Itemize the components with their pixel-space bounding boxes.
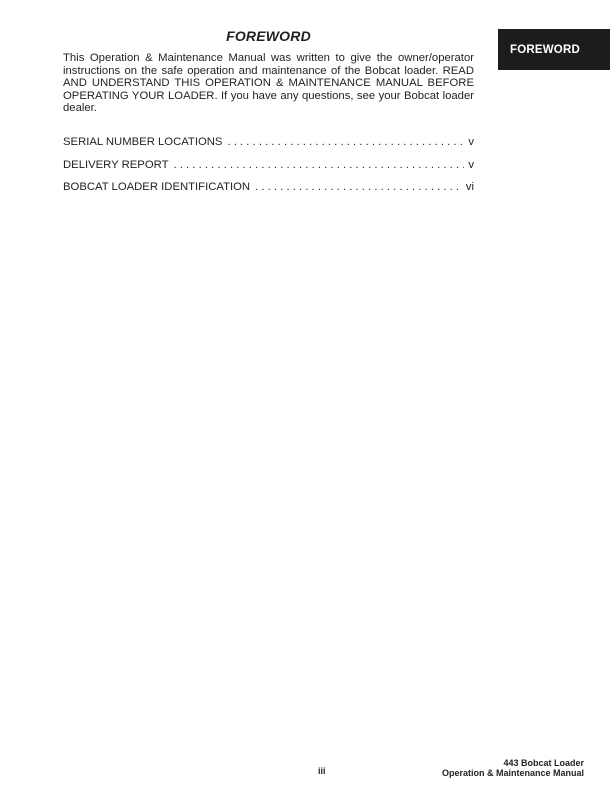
footer-page-number: iii — [318, 766, 326, 776]
dot-leader — [173, 158, 464, 172]
toc-entry-page: vi — [466, 180, 474, 194]
toc-entry-label: BOBCAT LOADER IDENTIFICATION — [63, 180, 250, 194]
toc-entry-page: v — [468, 158, 474, 172]
section-tab-label: FOREWORD — [510, 44, 580, 56]
section-tab: FOREWORD — [498, 29, 610, 70]
toc-entry-serial-number-locations[interactable]: SERIAL NUMBER LOCATIONS v — [63, 135, 474, 158]
page-title: FOREWORD — [63, 28, 474, 44]
footer-manual-title: Operation & Maintenance Manual — [442, 768, 584, 778]
toc-entry-label: SERIAL NUMBER LOCATIONS — [63, 135, 222, 149]
dot-leader — [255, 180, 462, 194]
toc-entry-label: DELIVERY REPORT — [63, 158, 168, 172]
toc-entry-bobcat-loader-identification[interactable]: BOBCAT LOADER IDENTIFICATION vi — [63, 180, 474, 203]
footer-document-title: 443 Bobcat Loader Operation & Maintenanc… — [442, 758, 584, 778]
toc-entry-page: v — [468, 135, 474, 149]
intro-paragraph: This Operation & Maintenance Manual was … — [63, 52, 474, 115]
table-of-contents: SERIAL NUMBER LOCATIONS v DELIVERY REPOR… — [63, 135, 474, 203]
footer-model: 443 Bobcat Loader — [442, 758, 584, 768]
dot-leader — [227, 135, 464, 149]
toc-entry-delivery-report[interactable]: DELIVERY REPORT v — [63, 158, 474, 181]
